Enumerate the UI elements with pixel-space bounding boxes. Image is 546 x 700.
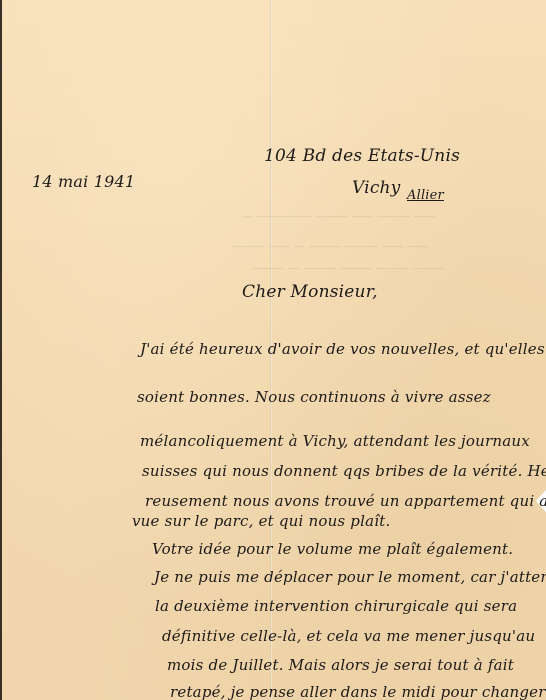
bleed-through-text: — ————— ——— —— ——— —— <box>242 210 435 223</box>
letter-line: mois de Juillet. Mais alors je serai tou… <box>167 656 514 674</box>
letter-line: Je ne puis me déplacer pour le moment, c… <box>154 568 546 586</box>
address-line-city: Vichy <box>352 178 401 198</box>
letter-line: soient bonnes. Nous continuons à vivre a… <box>137 388 491 406</box>
letter-line: la deuxième intervention chirurgicale qu… <box>155 597 517 615</box>
letter-line: J'ai été heureux d'avoir de vos nouvelle… <box>140 340 545 358</box>
letter-line: vue sur le parc, et qui nous plaît. <box>132 512 390 530</box>
bleed-through-text: ——— —— — ——— ——— —— —— <box>232 240 429 253</box>
letter-line: suisses qui nous donnent qqs bribes de l… <box>142 462 546 480</box>
letter-line: retapé, je pense aller dans le midi pour… <box>170 683 546 700</box>
letter-line: définitive celle-là, et cela va me mener… <box>162 627 535 645</box>
letter-date: 14 mai 1941 <box>32 172 135 191</box>
letter-line: mélancoliquement à Vichy, attendant les … <box>140 432 530 450</box>
address-line-street: 104 Bd des Etats-Unis <box>264 146 460 166</box>
letter-sheet: — ————— ——— —— ——— —— ——— —— — ——— ——— —… <box>2 0 546 700</box>
letter-line: reusement nous avons trouvé un apparteme… <box>145 492 546 510</box>
letter-line: Votre idée pour le volume me plaît égale… <box>152 540 513 558</box>
address-line-department: Allier <box>407 188 444 203</box>
salutation: Cher Monsieur, <box>242 282 378 302</box>
bleed-through-text: ——— — ——— ——— ——— ——— <box>252 262 445 275</box>
